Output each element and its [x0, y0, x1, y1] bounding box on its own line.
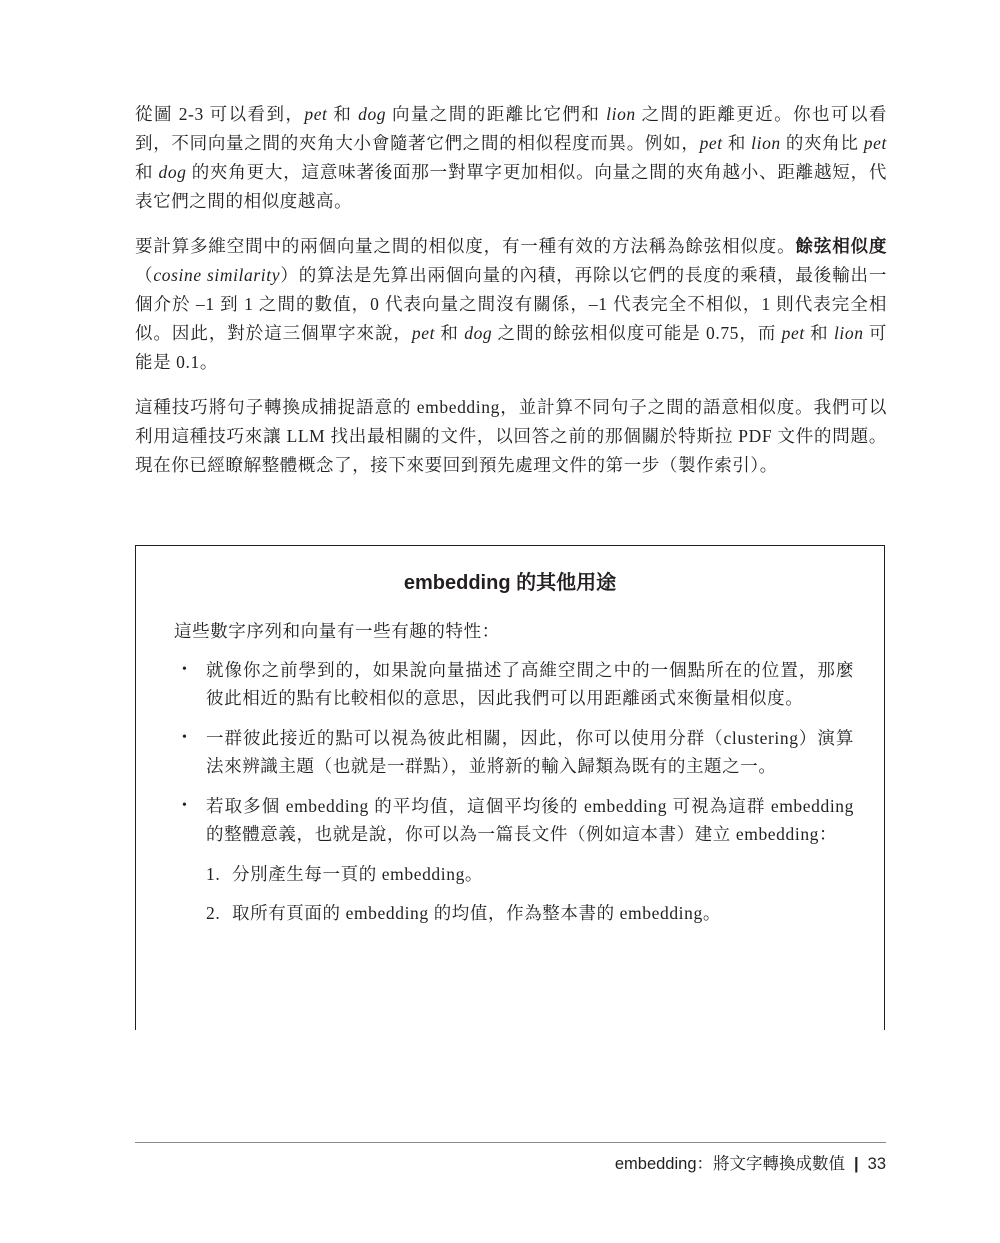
text-run-normal: 的夾角更大，這意味著後面那一對單字更加相似。向量之間的夾角越小、距離越短，代表它…: [135, 162, 887, 211]
page-footer: embedding：將文字轉換成數值|33: [615, 1150, 886, 1174]
text-run-normal: 和: [328, 104, 359, 124]
numbered-item-text: 分別產生每一頁的 embedding。: [232, 864, 483, 884]
bullet-item-averaging: • 若取多個 embedding 的平均值，這個平均後的 embedding 可…: [174, 792, 854, 927]
sidebar-intro: 這些數字序列和向量有一些有趣的特性：: [174, 618, 500, 643]
text-run-normal: 和: [805, 323, 834, 343]
text-run-bold: 餘弦相似度: [796, 236, 888, 256]
bullet-icon: •: [182, 724, 188, 752]
text-run-normal: 從圖 2-3 可以看到，: [135, 104, 304, 124]
bullet-icon: •: [182, 792, 188, 820]
sidebar-box: embedding 的其他用途 這些數字序列和向量有一些有趣的特性： • 就像你…: [135, 545, 885, 1030]
text-run-italic: dog: [358, 104, 386, 124]
text-run-italic: pet: [864, 133, 887, 153]
text-run-italic: cosine similarity: [153, 265, 280, 285]
text-run-italic: dog: [158, 162, 186, 182]
footer-separator: |: [854, 1155, 859, 1174]
bullet-list: • 就像你之前學到的，如果說向量描述了高維空間之中的一個點所在的位置，那麼彼此相…: [174, 656, 854, 939]
text-run-italic: pet: [782, 323, 805, 343]
text-run-italic: pet: [304, 104, 327, 124]
text-run-italic: lion: [834, 323, 864, 343]
text-run-normal: 的夾角比: [781, 133, 864, 153]
text-run-italic: pet: [412, 323, 435, 343]
numbered-list: 1. 分別產生每一頁的 embedding。 2. 取所有頁面的 embeddi…: [206, 860, 854, 927]
numbered-item-text: 取所有頁面的 embedding 的均值，作為整本書的 embedding。: [232, 903, 721, 923]
text-run-normal: 和: [135, 162, 158, 182]
bullet-item-clustering: • 一群彼此接近的點可以視為彼此相關，因此，你可以使用分群（clustering…: [174, 724, 854, 780]
text-run-normal: 和: [723, 133, 751, 153]
running-chapter-title: embedding：將文字轉換成數值: [615, 1155, 845, 1173]
bullet-text: 若取多個 embedding 的平均值，這個平均後的 embedding 可視為…: [206, 796, 854, 844]
text-run-normal: （: [135, 265, 153, 285]
numbered-item-2: 2. 取所有頁面的 embedding 的均值，作為整本書的 embedding…: [206, 899, 854, 927]
text-run-normal: 要計算多維空間中的兩個向量之間的相似度，有一種有效的方法稱為餘弦相似度。: [135, 236, 796, 256]
paragraph-vector-distance: 從圖 2-3 可以看到，pet 和 dog 向量之間的距離比它們和 lion 之…: [135, 100, 887, 216]
bullet-icon: •: [182, 656, 188, 684]
sidebar-title: embedding 的其他用途: [136, 566, 884, 595]
text-run-italic: lion: [606, 104, 636, 124]
footer-divider: [135, 1142, 886, 1143]
bullet-item-distance: • 就像你之前學到的，如果說向量描述了高維空間之中的一個點所在的位置，那麼彼此相…: [174, 656, 854, 712]
text-run-italic: pet: [700, 133, 723, 153]
text-run-italic: dog: [464, 323, 492, 343]
paragraph-semantic-search: 這種技巧將句子轉換成捕捉語意的 embedding，並計算不同句子之間的語意相似…: [135, 393, 887, 480]
text-run-normal: 向量之間的距離比它們和: [386, 104, 606, 124]
text-run-normal: 之間的餘弦相似度可能是 0.75，而: [492, 323, 781, 343]
list-number: 1.: [206, 860, 220, 888]
page-number: 33: [868, 1155, 886, 1173]
paragraph-cosine-similarity: 要計算多維空間中的兩個向量之間的相似度，有一種有效的方法稱為餘弦相似度。餘弦相似…: [135, 232, 887, 377]
bullet-text: 就像你之前學到的，如果說向量描述了高維空間之中的一個點所在的位置，那麼彼此相近的…: [206, 660, 854, 708]
text-run-normal: 和: [435, 323, 464, 343]
list-number: 2.: [206, 899, 220, 927]
numbered-item-1: 1. 分別產生每一頁的 embedding。: [206, 860, 854, 888]
text-run-italic: lion: [751, 133, 781, 153]
bullet-text: 一群彼此接近的點可以視為彼此相關，因此，你可以使用分群（clustering）演…: [206, 728, 854, 776]
